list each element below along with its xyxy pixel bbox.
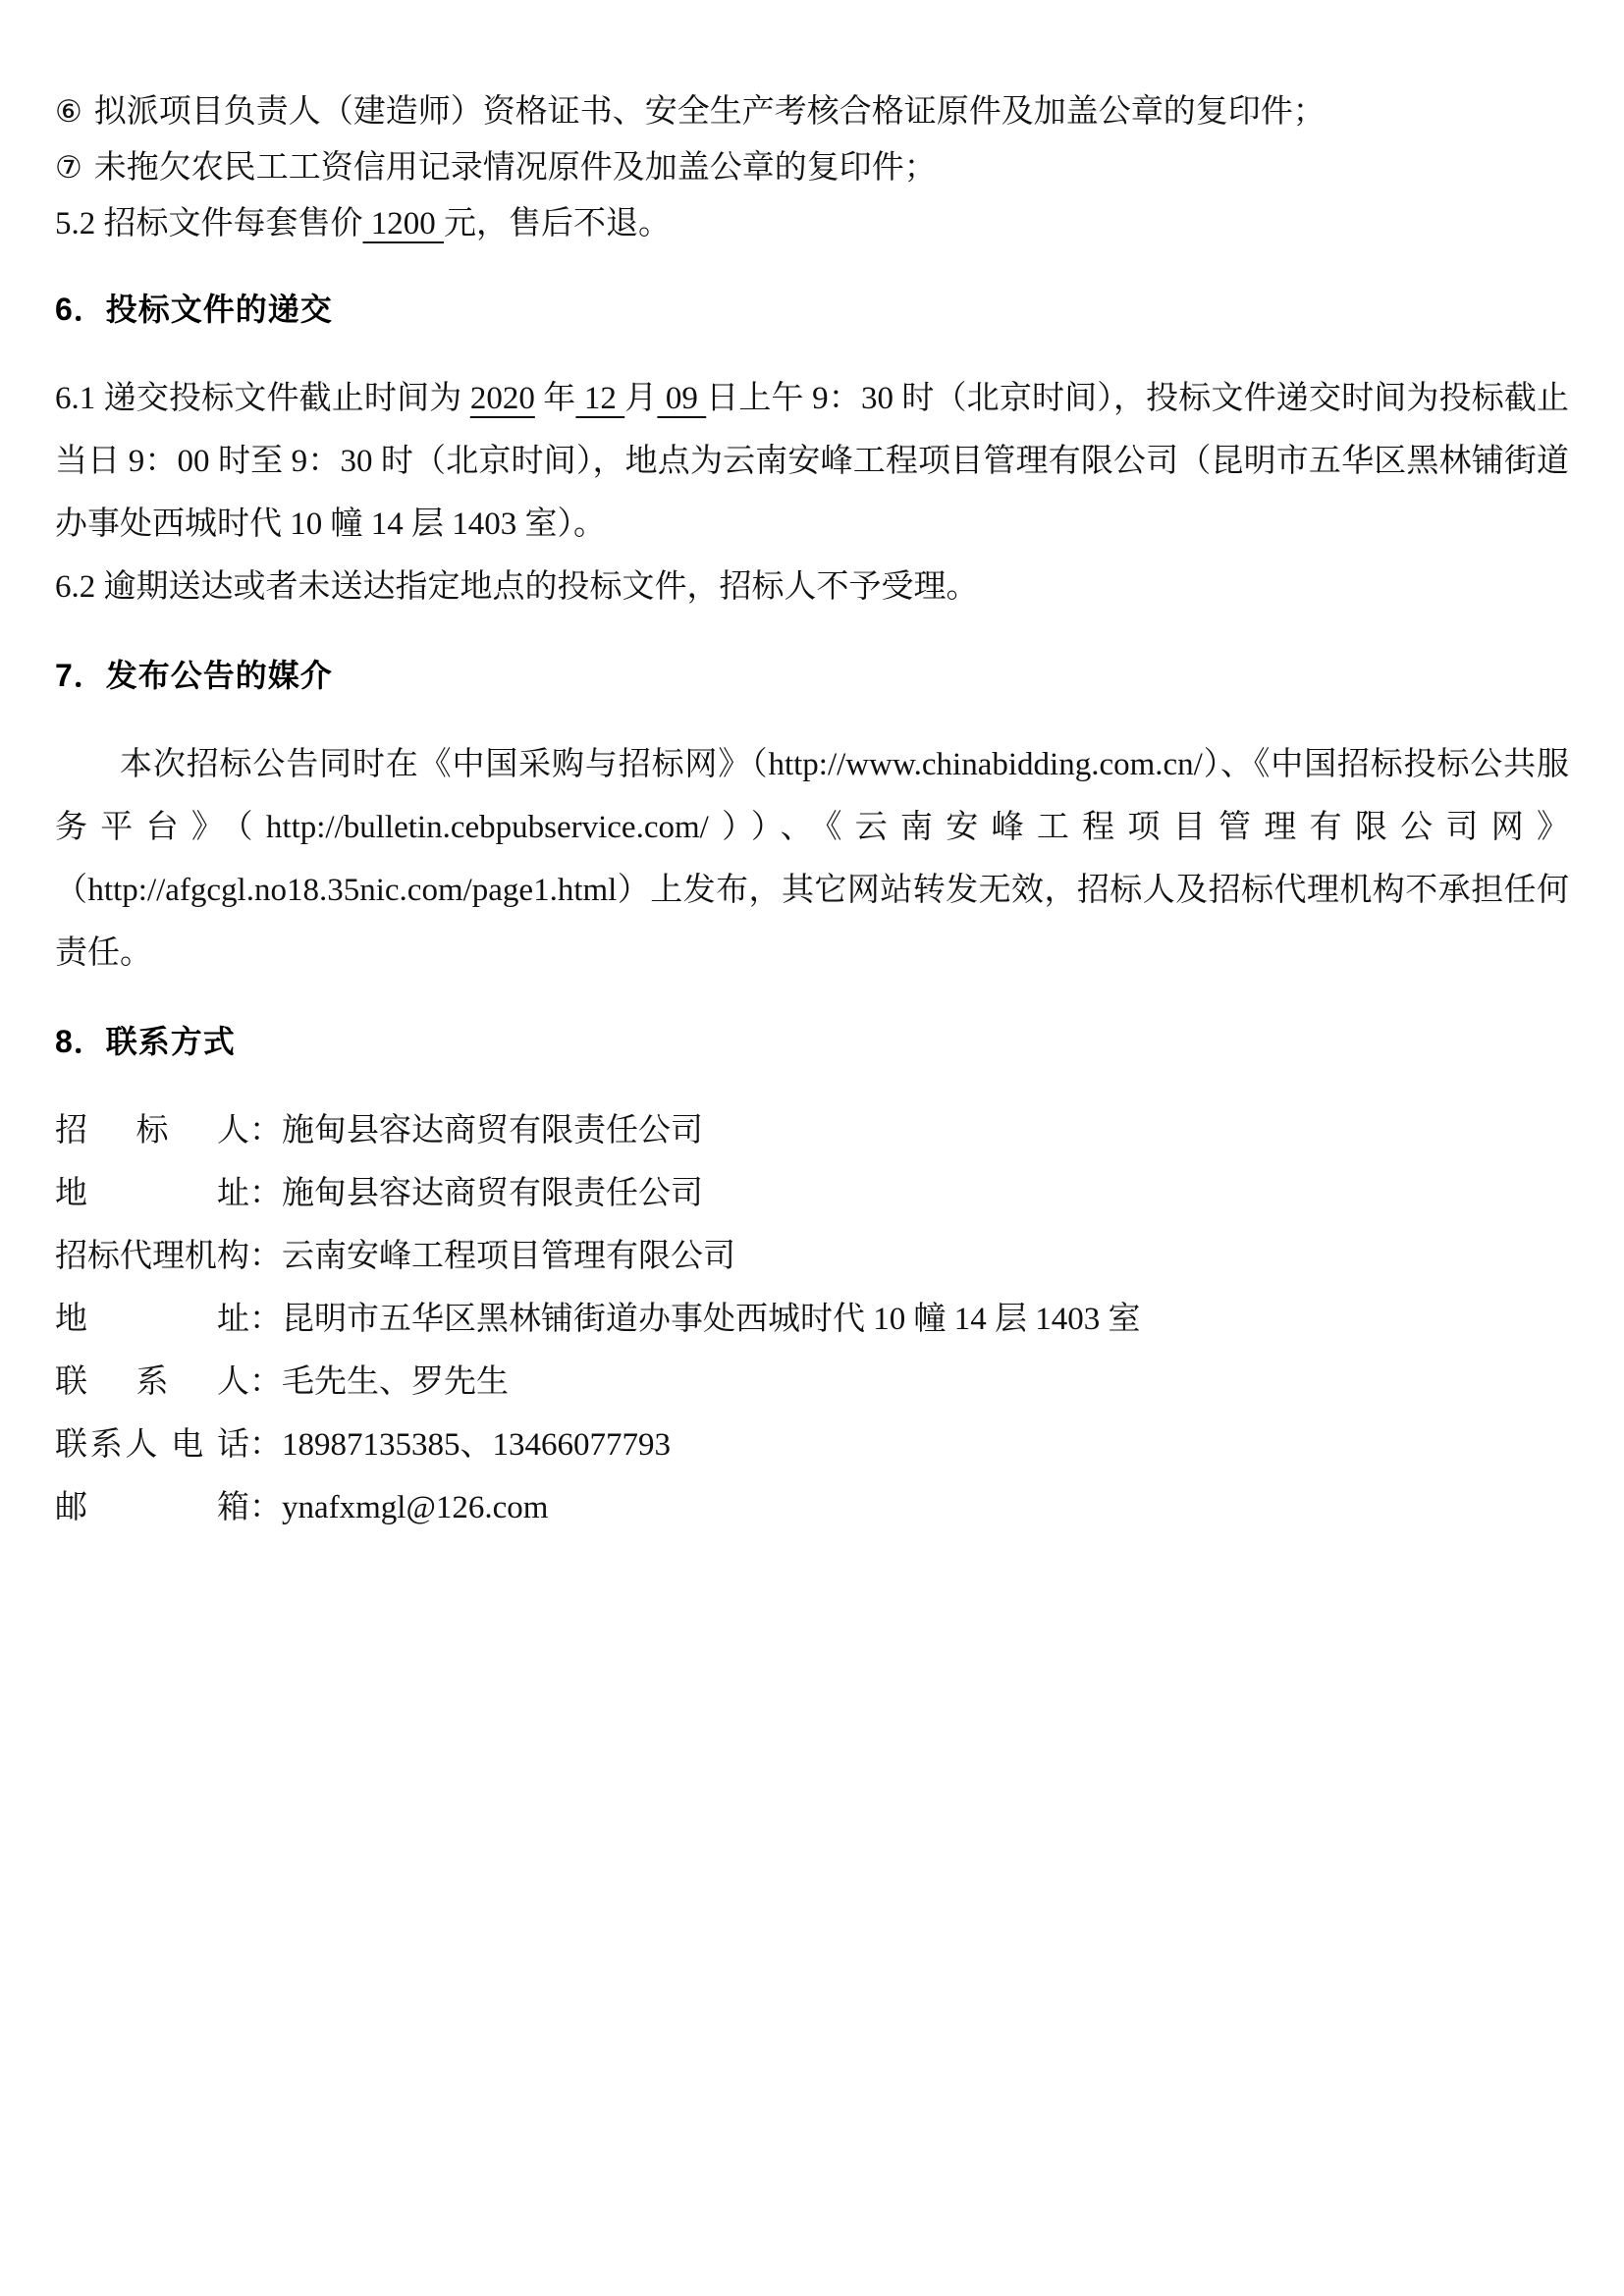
contact-row-agency-address: 地 址：昆明市五华区黑林铺街道办事处西城时代 10 幢 14 层 1403 室 [55, 1288, 1569, 1351]
contact-row-email: 邮 箱：ynafxmgl@126.com [55, 1476, 1569, 1539]
contact-colon: ： [249, 1351, 282, 1414]
contact-colon: ： [249, 1225, 282, 1288]
price-line-prefix: 5.2 招标文件每套售价 [55, 206, 363, 241]
price-value: 1200 [363, 206, 445, 241]
contact-row-phone: 联系人 电 话：18987135385、13466077793 [55, 1414, 1569, 1476]
list-item-6-text: 拟派项目负责人（建造师）资格证书、安全生产考核合格证原件及加盖公章的复印件； [94, 94, 1326, 130]
contact-value: 昆明市五华区黑林铺街道办事处西城时代 10 幢 14 层 1403 室 [282, 1302, 1141, 1337]
contact-value: ynafxmgl@126.com [282, 1490, 548, 1525]
section-6-heading: 6．投标文件的递交 [55, 282, 1569, 338]
list-item-7-text: 未拖欠农民工工资信用记录情况原件及加盖公章的复印件； [94, 150, 937, 186]
contact-label: 地 址 [55, 1162, 249, 1225]
contact-value: 施甸县容达商贸有限责任公司 [282, 1176, 703, 1211]
contact-colon: ： [249, 1414, 282, 1476]
contact-label: 招 标 人 [55, 1099, 249, 1162]
para-6-1-text: 年 [535, 381, 576, 416]
contact-colon: ： [249, 1162, 282, 1225]
contact-label: 邮 箱 [55, 1476, 249, 1539]
circled-six-marker: ⑥ [55, 94, 82, 130]
contact-label: 招标代理机构 [55, 1225, 249, 1288]
list-item-7: ⑦未拖欠农民工工资信用记录情况原件及加盖公章的复印件； [55, 140, 1569, 196]
contact-list: 招 标 人：施甸县容达商贸有限责任公司 地 址：施甸县容达商贸有限责任公司 招标… [55, 1099, 1569, 1539]
circled-seven-marker: ⑦ [55, 150, 82, 186]
section-7-heading: 7．发布公告的媒介 [55, 648, 1569, 704]
contact-value: 18987135385、13466077793 [282, 1427, 671, 1463]
para-7-1: 本次招标公告同时在《中国采购与招标网》（http://www.chinabidd… [55, 733, 1569, 985]
deadline-month: 12 [575, 381, 624, 416]
deadline-year: 2020 [470, 381, 535, 416]
contact-row-tenderee: 招 标 人：施甸县容达商贸有限责任公司 [55, 1099, 1569, 1162]
para-6-1-text: 6.1 递交投标文件截止时间为 [55, 381, 470, 416]
document-page: ⑥拟派项目负责人（建造师）资格证书、安全生产考核合格证原件及加盖公章的复印件； … [0, 0, 1624, 2296]
contact-row-agency: 招标代理机构：云南安峰工程项目管理有限公司 [55, 1225, 1569, 1288]
para-6-1: 6.1 递交投标文件截止时间为 2020 年 12 月 09 日上午 9：30 … [55, 367, 1569, 556]
contact-colon: ： [249, 1288, 282, 1351]
para-6-2: 6.2 逾期送达或者未送达指定地点的投标文件，招标人不予受理。 [55, 556, 1569, 618]
deadline-day: 09 [657, 381, 706, 416]
contact-value: 毛先生、罗先生 [282, 1364, 509, 1400]
contact-label: 联系人 电 话 [55, 1414, 249, 1476]
contact-row-person: 联 系 人：毛先生、罗先生 [55, 1351, 1569, 1414]
contact-value: 云南安峰工程项目管理有限公司 [282, 1239, 735, 1274]
price-line: 5.2 招标文件每套售价 1200 元，售后不退。 [55, 196, 1569, 252]
contact-row-tenderee-address: 地 址：施甸县容达商贸有限责任公司 [55, 1162, 1569, 1225]
section-8-heading: 8．联系方式 [55, 1014, 1569, 1070]
contact-colon: ： [249, 1476, 282, 1539]
contact-colon: ： [249, 1099, 282, 1162]
price-line-suffix: 元，售后不退。 [444, 206, 671, 241]
contact-label: 地 址 [55, 1288, 249, 1351]
contact-label: 联 系 人 [55, 1351, 249, 1414]
contact-value: 施甸县容达商贸有限责任公司 [282, 1113, 703, 1148]
para-6-1-text: 月 [624, 381, 657, 416]
list-item-6: ⑥拟派项目负责人（建造师）资格证书、安全生产考核合格证原件及加盖公章的复印件； [55, 84, 1569, 140]
